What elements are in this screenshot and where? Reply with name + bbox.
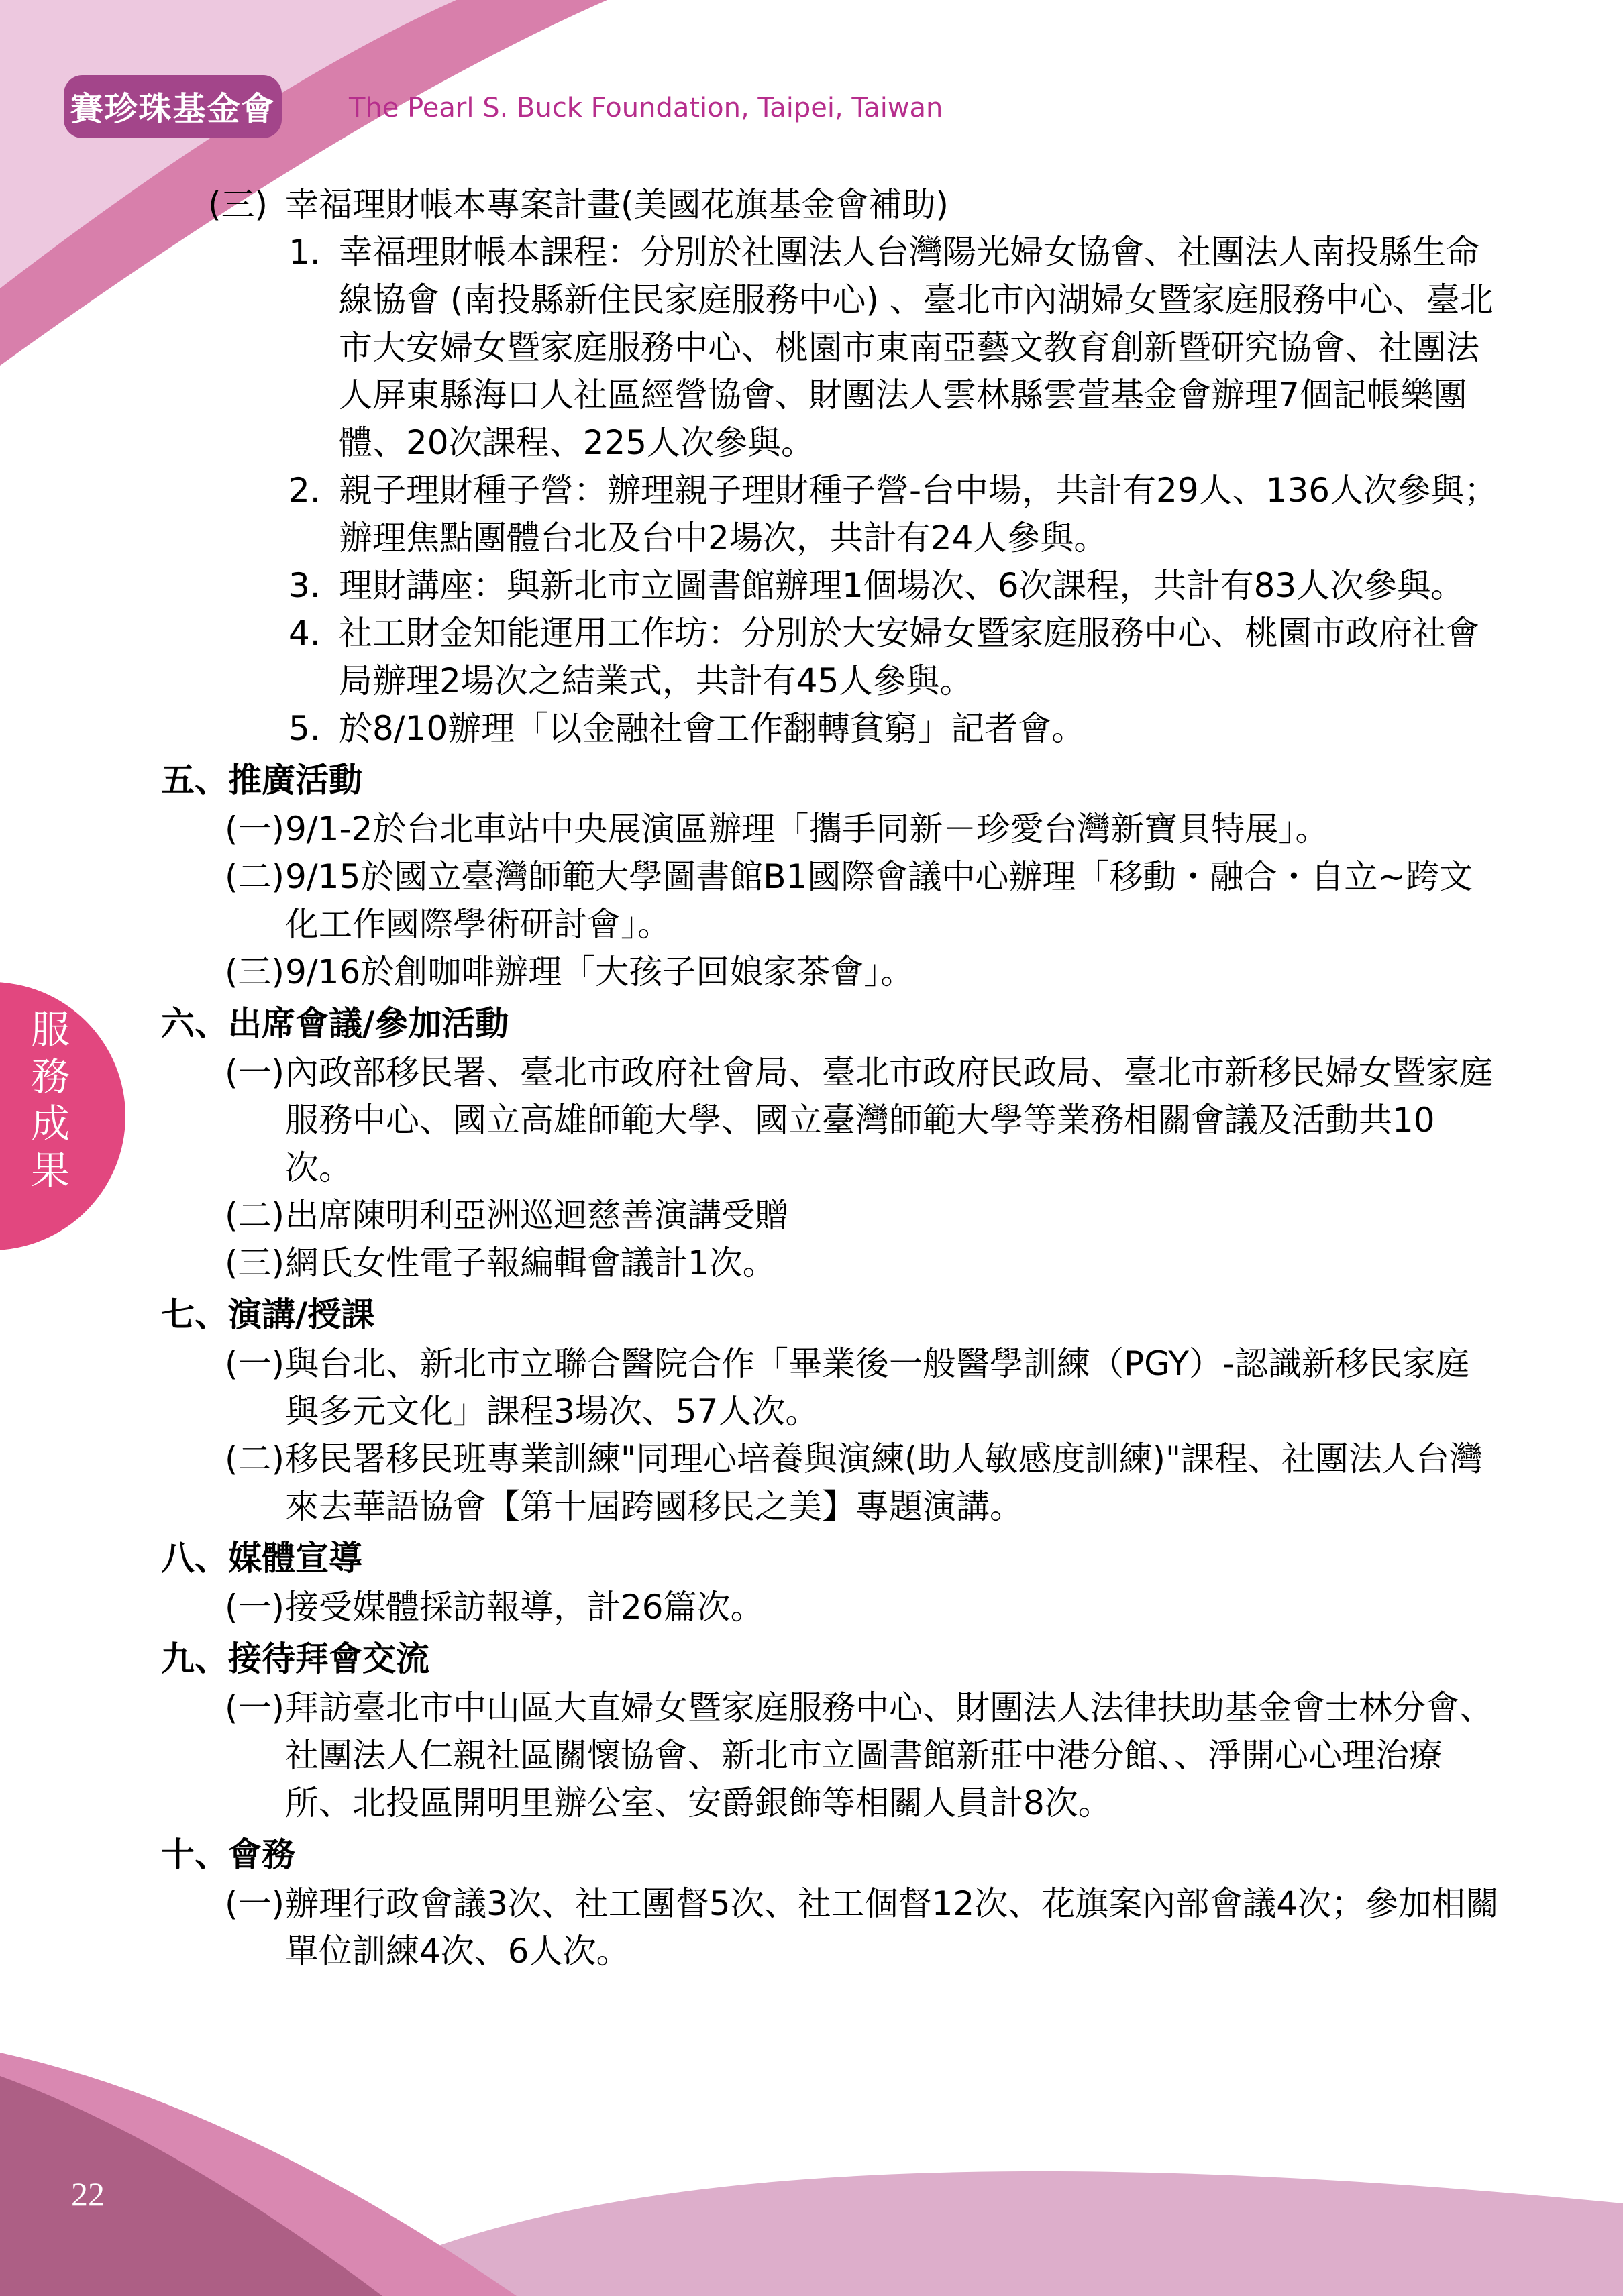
foundation-badge-label: 賽珍珠基金會 — [70, 83, 275, 130]
item-label: (一) — [225, 1880, 284, 1928]
item-text: 幸福理財帳本課程：分別於社團法人台灣陽光婦女協會、社團法人南投縣生命線協會 (南… — [339, 233, 1494, 462]
item-text: 社工財金知能運用工作坊：分別於大安婦女暨家庭服務中心、桃園市政府社會局辦理2場次… — [339, 614, 1479, 700]
item-label: (一) — [225, 1584, 284, 1631]
list-item: (一)接受媒體採訪報導，計26篇次。 — [161, 1584, 1500, 1631]
item-label: (三) — [225, 948, 284, 996]
item-label: 1. — [289, 229, 321, 276]
list-item: (三)9/16於創咖啡辦理「大孩子回娘家茶會」。 — [161, 948, 1500, 996]
item-label: 5. — [289, 705, 321, 753]
bottom-right-light-shape — [416, 2171, 1623, 2296]
item-text: 拜訪臺北市中山區大直婦女暨家庭服務中心、財團法人法律扶助基金會士林分會、社團法人… — [285, 1688, 1493, 1822]
section-heading: 七、演講/授課 — [161, 1291, 1500, 1339]
item-label: 4. — [289, 610, 321, 657]
page-number: 22 — [71, 2176, 105, 2212]
sidebar-tab-label: 服務成果 — [23, 1009, 71, 1237]
list-item: 3.理財講座：與新北市立圖書館辦理1個場次、6次課程，共計有83人次參與。 — [161, 562, 1500, 610]
item-label: (一) — [225, 1049, 284, 1097]
list-item: (一)與台北、新北市立聯合醫院合作「畢業後一般醫學訓練（PGY）-認識新移民家庭… — [161, 1340, 1500, 1435]
content-area: (三)幸福理財帳本專案計畫(美國花旗基金會補助)1.幸福理財帳本課程：分別於社團… — [161, 181, 1500, 1975]
item-text: 接受媒體採訪報導，計26篇次。 — [285, 1588, 764, 1627]
item-text: 9/1-2於台北車站中央展演區辦理「攜手同新－珍愛台灣新寶貝特展」。 — [285, 810, 1328, 849]
item-text: 幸福理財帳本專案計畫(美國花旗基金會補助) — [285, 185, 949, 224]
list-item: (二)9/15於國立臺灣師範大學圖書館B1國際會議中心辦理「移動・融合・自立~跨… — [161, 853, 1500, 948]
item-label: 2. — [289, 467, 321, 514]
item-label: (二) — [225, 1435, 284, 1483]
page-title: The Pearl S. Buck Foundation, Taipei, Ta… — [349, 93, 943, 123]
item-text: 內政部移民署、臺北市政府社會局、臺北市政府民政局、臺北市新移民婦女暨家庭服務中心… — [285, 1053, 1493, 1187]
list-item: 1.幸福理財帳本課程：分別於社團法人台灣陽光婦女協會、社團法人南投縣生命線協會 … — [161, 229, 1500, 467]
item-label: (二) — [225, 853, 284, 901]
list-item: (一)辦理行政會議3次、社工團督5次、社工個督12次、花旗案內部會議4次；參加相… — [161, 1880, 1500, 1975]
item-label: (三) — [208, 181, 268, 229]
item-text: 網氏女性電子報編輯會議計1次。 — [285, 1244, 776, 1282]
item-text: 9/15於國立臺灣師範大學圖書館B1國際會議中心辦理「移動・融合・自立~跨文化工… — [285, 857, 1473, 944]
list-item: 5.於8/10辦理「以金融社會工作翻轉貧窮」記者會。 — [161, 705, 1500, 753]
list-item: (一)內政部移民署、臺北市政府社會局、臺北市政府民政局、臺北市新移民婦女暨家庭服… — [161, 1049, 1500, 1192]
bottom-left-band-shape — [0, 2053, 517, 2296]
item-text: 與台北、新北市立聯合醫院合作「畢業後一般醫學訓練（PGY）-認識新移民家庭與多元… — [285, 1344, 1469, 1431]
item-label: (一) — [225, 806, 284, 853]
list-item: (三)網氏女性電子報編輯會議計1次。 — [161, 1240, 1500, 1287]
list-item: (二)移民署移民班專業訓練"同理心培養與演練(助人敏感度訓練)"課程、社團法人台… — [161, 1435, 1500, 1531]
list-item: 4.社工財金知能運用工作坊：分別於大安婦女暨家庭服務中心、桃園市政府社會局辦理2… — [161, 610, 1500, 705]
item-text: 理財講座：與新北市立圖書館辦理1個場次、6次課程，共計有83人次參與。 — [339, 566, 1464, 605]
item-text: 於8/10辦理「以金融社會工作翻轉貧窮」記者會。 — [339, 709, 1085, 748]
item-text: 辦理行政會議3次、社工團督5次、社工個督12次、花旗案內部會議4次；參加相關單位… — [285, 1884, 1499, 1971]
list-item: 2.親子理財種子營：辦理親子理財種子營-台中場，共計有29人、136人次參與；辦… — [161, 467, 1500, 562]
list-item: (三)幸福理財帳本專案計畫(美國花旗基金會補助) — [161, 181, 1500, 229]
section-heading: 八、媒體宣導 — [161, 1535, 1500, 1582]
list-item: (一)拜訪臺北市中山區大直婦女暨家庭服務中心、財團法人法律扶助基金會士林分會、社… — [161, 1684, 1500, 1827]
item-text: 親子理財種子營：辦理親子理財種子營-台中場，共計有29人、136人次參與；辦理焦… — [339, 471, 1498, 557]
section-heading: 十、會務 — [161, 1831, 1500, 1879]
foundation-badge: 賽珍珠基金會 — [64, 75, 282, 138]
item-label: (一) — [225, 1340, 284, 1388]
bottom-left-mauve-shape — [0, 2076, 382, 2296]
item-label: 3. — [289, 562, 321, 610]
list-item: (二)出席陳明利亞洲巡迴慈善演講受贈 — [161, 1192, 1500, 1240]
section-heading: 六、出席會議/參加活動 — [161, 1000, 1500, 1048]
item-text: 出席陳明利亞洲巡迴慈善演講受贈 — [285, 1196, 788, 1235]
list-item: (一)9/1-2於台北車站中央展演區辦理「攜手同新－珍愛台灣新寶貝特展」。 — [161, 806, 1500, 853]
item-label: (三) — [225, 1240, 284, 1287]
item-label: (一) — [225, 1684, 284, 1732]
document-page: 賽珍珠基金會 The Pearl S. Buck Foundation, Tai… — [0, 0, 1623, 2296]
item-text: 移民署移民班專業訓練"同理心培養與演練(助人敏感度訓練)"課程、社團法人台灣來去… — [285, 1439, 1483, 1526]
item-label: (二) — [225, 1192, 284, 1240]
item-text: 9/16於創咖啡辦理「大孩子回娘家茶會」。 — [285, 952, 914, 991]
section-heading: 九、接待拜會交流 — [161, 1635, 1500, 1683]
section-heading: 五、推廣活動 — [161, 757, 1500, 804]
